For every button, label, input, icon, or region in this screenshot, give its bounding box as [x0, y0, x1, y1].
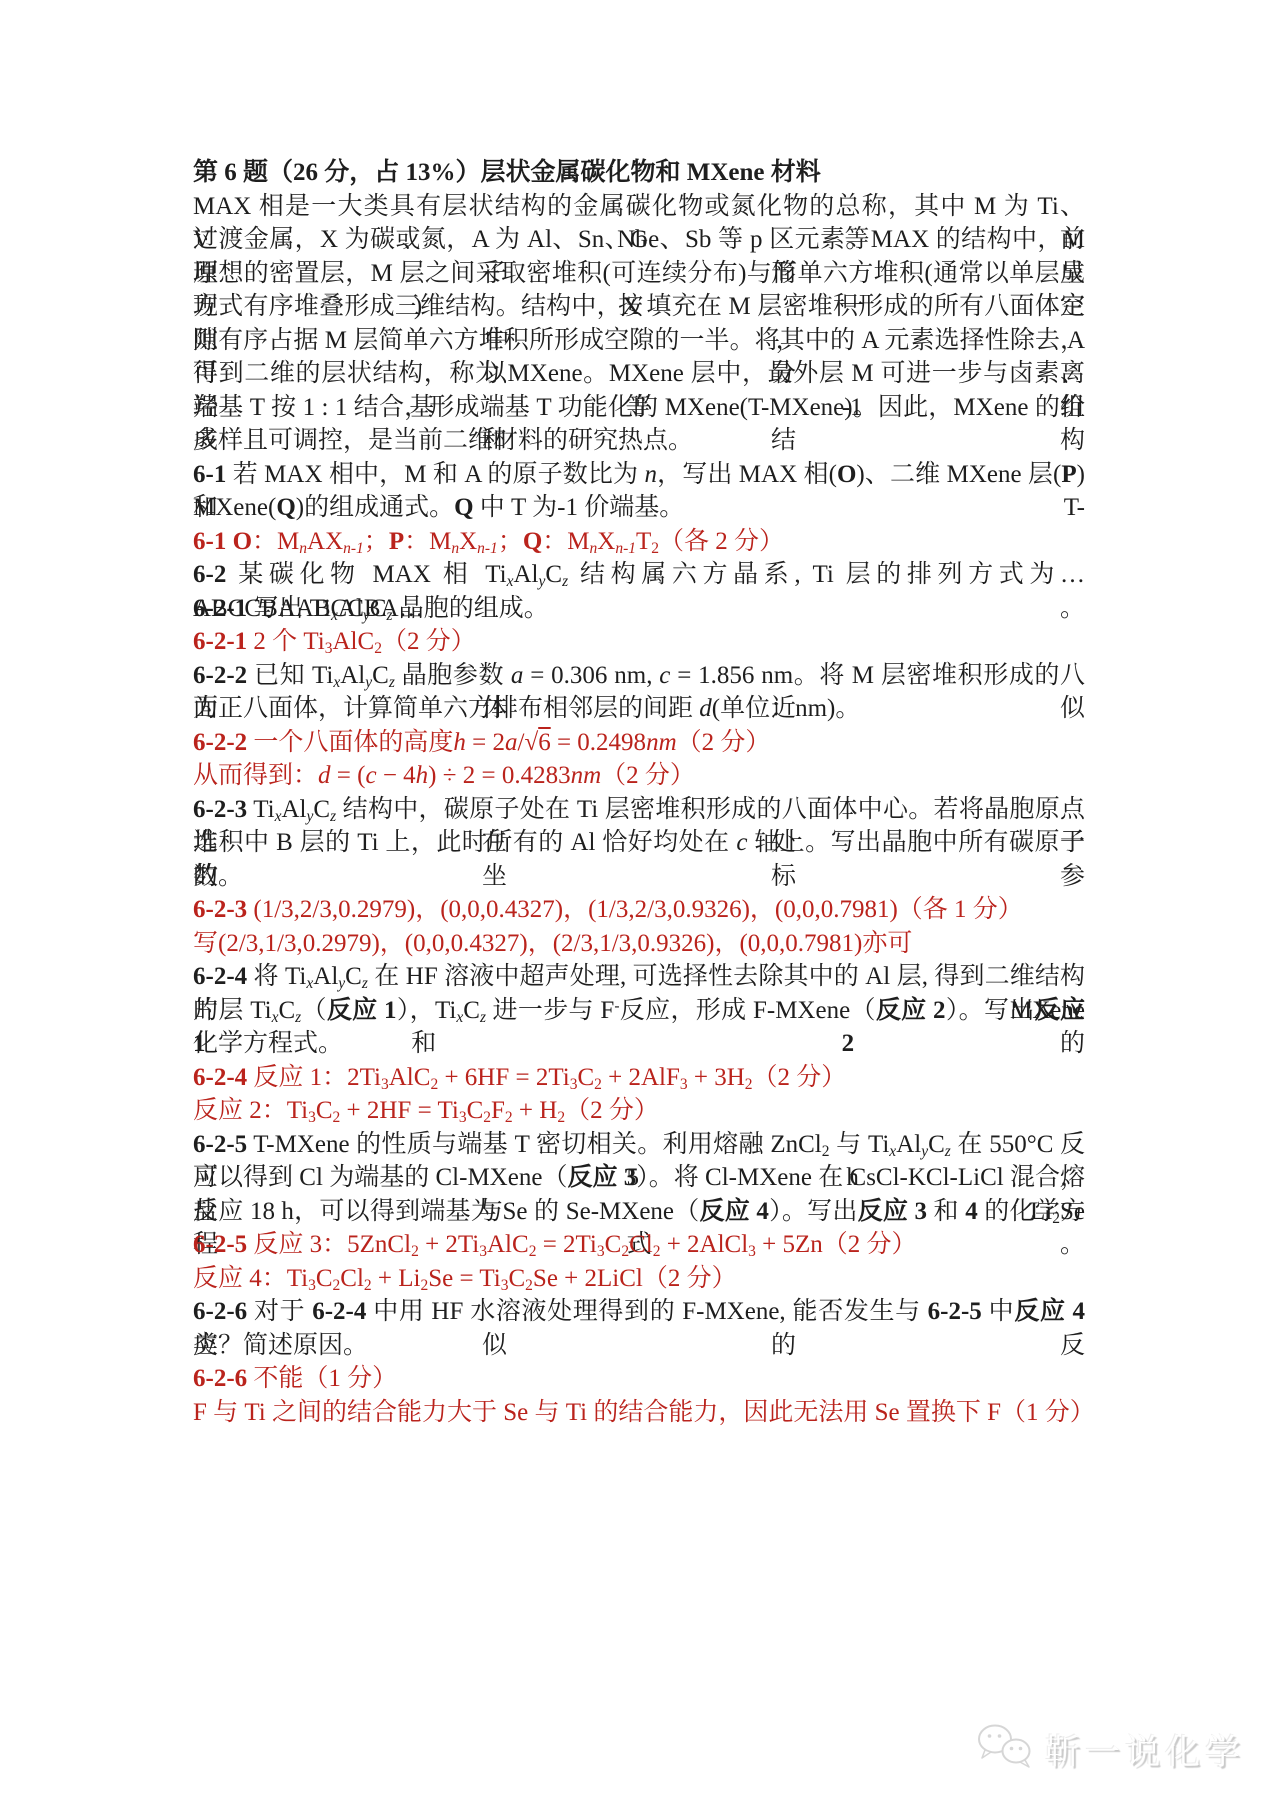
doc-text-segment: 化学方程式。 — [193, 1030, 343, 1057]
doc-text-segment: C — [605, 1231, 622, 1258]
doc-text-segment: + 2HF = Ti — [340, 1097, 459, 1124]
doc-text-segment: 2 — [594, 1075, 602, 1092]
doc-text-segment: n — [644, 461, 657, 488]
doc-text-segment: 6-2-2 — [193, 729, 247, 756]
doc-text-segment: 中 — [982, 1298, 1015, 1325]
doc-line: 6-2 某碳化物 MAX 相 TixAlyCz 结构属六方晶系, Ti 层的排列… — [193, 558, 1085, 592]
doc-text-segment: nm — [646, 729, 677, 756]
doc-line: 得到二维的层状结构，称为 MXene。MXene 层中，最外层 M 可进一步与卤… — [193, 357, 1085, 391]
doc-text-segment: Se + 2LiCl（2 分） — [533, 1265, 737, 1292]
doc-text-segment: 反应，形成 F-MXene（ — [619, 997, 875, 1024]
doc-line: 反应 18 h，可以得到端基为 Se 的 Se-MXene（反应 4）。写出反应… — [193, 1195, 1085, 1229]
doc-text-segment: Ti — [247, 796, 274, 823]
doc-line: MAX 相是一大类具有层状结构的金属碳化物或氮化物的总称，其中 M 为 Ti、V… — [193, 190, 1085, 224]
doc-text-segment: = ( — [331, 762, 366, 789]
watermark: 靳一说化学 — [975, 1722, 1245, 1777]
doc-line: 6-1 若 MAX 相中，M 和 A 的原子数比为 n，写出 MAX 相(O)、… — [193, 458, 1085, 492]
doc-text-segment: − 4 — [377, 762, 416, 789]
doc-line: 6-2-2 一个八面体的高度h = 2a/√6 = 0.2498nm（2 分） — [193, 726, 1085, 760]
doc-text-segment: 反应 4 — [1014, 1298, 1085, 1325]
doc-text-segment: n-1 — [615, 539, 636, 556]
doc-line: 6-2-2 已知 TixAlyCz 晶胞参数 a = 0.306 nm, c =… — [193, 659, 1085, 693]
doc-text-segment: 将 Ti — [247, 963, 306, 990]
doc-text-segment: nm — [571, 762, 602, 789]
doc-text-segment: n — [451, 539, 459, 556]
doc-text-segment: 6-2-5 — [193, 1231, 247, 1258]
doc-text-segment: 第 6 题（26 分，占 13%）层状金属碳化物和 MXene 材料 — [193, 159, 821, 186]
doc-line: 反应 2：Ti3C2 + 2HF = Ti3C2F2 + H2（2 分） — [193, 1094, 1085, 1128]
doc-line: 6-1 O：MnAXn-1；P：MnXn-1；Q：MnXn-1T2（各 2 分） — [193, 525, 1085, 559]
doc-text-segment: 堆积中 B 层的 Ti 上，此时所有的 Al 恰好均处在 — [193, 829, 736, 856]
doc-text-segment: 反应 4：Ti — [193, 1265, 308, 1292]
doc-text-segment: 2 — [842, 1030, 855, 1057]
doc-text-segment: C — [313, 796, 330, 823]
doc-text-segment: T-MXene 的性质与端基 T 密切相关。利用熔融 ZnCl — [247, 1131, 822, 1158]
doc-text-segment: n-1 — [477, 539, 498, 556]
doc-text-segment: 3 — [748, 1243, 756, 1260]
doc-text-segment: 6-2-1 — [193, 595, 247, 622]
doc-text-segment: 反应 1 — [327, 997, 397, 1024]
doc-line: 6-2-5 T-MXene 的性质与端基 T 密切相关。利用熔融 ZnCl2 与… — [193, 1128, 1085, 1162]
doc-text-segment: 2 — [411, 1243, 419, 1260]
doc-text-segment: C — [278, 997, 295, 1024]
doc-text-segment: = 2Ti — [536, 1231, 596, 1258]
doc-text-segment: 已知 Ti — [247, 662, 333, 689]
doc-line: 6-2-4 反应 1：2Ti3AlC2 + 6HF = 2Ti3C2 + 2Al… — [193, 1061, 1085, 1095]
doc-text-segment: 反应 3 — [567, 1164, 636, 1191]
doc-text-segment: Al — [338, 595, 363, 622]
doc-text-segment: ：M — [542, 528, 589, 555]
doc-text-segment: 和 — [927, 1198, 965, 1225]
doc-text-segment: = 2 — [466, 729, 505, 756]
doc-text-segment: 6-2-4 — [193, 963, 247, 990]
doc-text-segment: C — [316, 1265, 333, 1292]
doc-text-segment: （2 分） — [753, 1064, 847, 1091]
doc-text-segment: 晶胞的组成。 — [393, 595, 549, 622]
doc-text-segment: + H — [513, 1097, 558, 1124]
doc-text-segment: P — [1061, 461, 1076, 488]
doc-text-segment: P — [389, 528, 404, 555]
doc-text-segment: 6-2-4 — [193, 1064, 247, 1091]
doc-text-segment: 2 — [525, 1276, 533, 1293]
doc-text-segment: 6-2-4 — [312, 1298, 366, 1325]
doc-text-segment: AlC — [487, 1231, 529, 1258]
doc-text-segment: 4 — [965, 1198, 978, 1225]
doc-text-segment: 6-2-6 — [193, 1298, 247, 1325]
doc-text-segment: 2 — [505, 1109, 513, 1126]
doc-text-segment: MXene( — [193, 494, 276, 521]
doc-text-segment: 与 Ti — [830, 1131, 890, 1158]
doc-text-segment: c — [736, 829, 747, 856]
doc-text-segment: AlC — [333, 628, 375, 655]
doc-text-segment: 3 — [479, 1243, 487, 1260]
doc-text-segment: （2 分） — [677, 729, 771, 756]
doc-text-segment: （各 2 分） — [659, 528, 784, 555]
doc-text-segment: 2 — [651, 539, 659, 556]
doc-line: 理想的密置层，M 层之间采取密堆积(可连续分布)与简单六方堆积(通常以单层呈现)… — [193, 257, 1085, 291]
doc-text-segment: 3 — [680, 1075, 688, 1092]
doc-text-segment: 2 — [621, 1243, 629, 1260]
doc-text-segment: C — [545, 561, 562, 588]
doc-text-segment: 反应 2：Ti — [193, 1097, 308, 1124]
doc-text-segment: 从而得到： — [193, 762, 318, 789]
doc-text-segment: 反应 4 — [699, 1198, 768, 1225]
doc-text-segment: 应？简述原因。 — [193, 1332, 368, 1359]
doc-text-segment: c — [659, 662, 670, 689]
doc-text-segment: 中用 HF 水溶液处理得到的 F-MXene, 能否发生与 — [366, 1298, 927, 1325]
doc-text-segment: 不能（1 分） — [247, 1365, 397, 1392]
doc-text-segment: 6-2-1 — [193, 628, 247, 655]
doc-text-segment: 2 — [557, 1109, 565, 1126]
doc-text-segment: (1/3,2/3,0.2979)，(0,0,0.4327)，(1/3,2/3,0… — [247, 896, 1023, 923]
doc-line: 过渡金属，X 为碳或氮，A 为 Al、Sn、Ge、Sb 等 p 区元素。MAX … — [193, 223, 1085, 257]
doc-text-segment: C — [370, 595, 387, 622]
doc-text-segment: ，写出 MAX 相( — [657, 461, 837, 488]
doc-text-segment: 数。 — [193, 863, 243, 890]
doc-text-segment: C — [928, 1131, 945, 1158]
doc-line: 6-2-1 2 个 Ti3AlC2（2 分） — [193, 625, 1085, 659]
doc-text-segment: /√ — [518, 729, 539, 756]
doc-text-segment: F 与 Ti 之间的结合能力大于 Se 与 Ti 的结合能力，因此无法用 Se … — [193, 1399, 1095, 1426]
doc-line: 则有序占据 M 层简单六方堆积所形成空隙的一半。将其中的 A 元素选择性除去，可… — [193, 324, 1085, 358]
doc-line: 6-2-6 对于 6-2-4 中用 HF 水溶液处理得到的 F-MXene, 能… — [193, 1295, 1085, 1329]
doc-text-segment: C — [345, 963, 362, 990]
doc-text-segment: 反应 1：2Ti — [247, 1064, 381, 1091]
doc-text-segment: ：M — [404, 528, 451, 555]
doc-text-segment: Al — [281, 796, 306, 823]
doc-text-segment: ：M — [252, 528, 299, 555]
doc-text-segment: 2 — [374, 640, 382, 657]
doc-text-segment: ； — [364, 528, 389, 555]
watermark-label: 靳一说化学 — [1045, 1725, 1245, 1775]
doc-text-segment: n-1 — [343, 539, 364, 556]
doc-text-segment: 多样且可调控，是当前二维材料的研究热点。 — [193, 427, 693, 454]
doc-text-segment: 3 — [459, 1109, 467, 1126]
doc-text-segment: 反应 3 — [858, 1198, 927, 1225]
doc-text-segment: 6-2-5 — [928, 1298, 982, 1325]
doc-text-segment: Q — [454, 494, 473, 521]
doc-text-segment: 反应 2 — [876, 997, 946, 1024]
doc-text-segment: + Li — [372, 1265, 421, 1292]
doc-text-segment: 3 — [308, 1276, 316, 1293]
doc-text-segment: Al — [313, 963, 338, 990]
doc-text-segment: （ — [301, 997, 327, 1024]
doc-text-segment: = 0.2498 — [551, 729, 646, 756]
doc-line: 6-2-3 (1/3,2/3,0.2979)，(0,0,0.4327)，(1/3… — [193, 893, 1085, 927]
doc-text-segment: C — [508, 1265, 525, 1292]
doc-text-segment: 2 — [364, 1276, 372, 1293]
doc-line: F 与 Ti 之间的结合能力大于 Se 与 Ti 的结合能力，因此无法用 Se … — [193, 1396, 1085, 1430]
doc-text-segment: ），Ti — [397, 997, 457, 1024]
doc-text-segment: 某碳化物 MAX 相 Ti — [226, 561, 506, 588]
doc-text-segment: x — [331, 606, 338, 623]
doc-line: 堆积中 B 层的 Ti 上，此时所有的 Al 恰好均处在 c 轴上。写出晶胞中所… — [193, 826, 1085, 860]
doc-text-segment: d — [318, 762, 331, 789]
doc-line: 第 6 题（26 分，占 13%）层状金属碳化物和 MXene 材料 — [193, 156, 1085, 190]
doc-text-segment: + 6HF = 2Ti — [438, 1064, 570, 1091]
doc-line: 方式有序堆叠形成三维结构。结构中，X 填充在 M 层密堆积形成的所有八面体空隙中… — [193, 290, 1085, 324]
doc-text-segment: C — [463, 997, 480, 1024]
doc-text-segment: Cl — [629, 1231, 653, 1258]
doc-text-segment: 6 — [538, 729, 551, 756]
doc-text-segment: + 2Ti — [419, 1231, 479, 1258]
doc-line: 6-2-3 TixAlyCz 结构中，碳原子处在 Ti 层密堆积形成的八面体中心… — [193, 793, 1085, 827]
doc-text-segment: d — [699, 695, 712, 722]
doc-text-segment: 可以得到 Cl 为端基的 Cl-MXene（ — [193, 1164, 567, 1191]
doc-line: 可以得到 Cl 为端基的 Cl-MXene（反应 3）。将 Cl-MXene 在… — [193, 1161, 1085, 1195]
doc-text-segment: C — [467, 1097, 484, 1124]
doc-text-segment: + 2AlCl — [660, 1231, 748, 1258]
doc-text-segment: 6-2-5 — [193, 1131, 247, 1158]
doc-text-segment: Al — [513, 561, 538, 588]
doc-text-segment: 6-1 — [193, 528, 233, 555]
doc-text-segment: 对于 — [247, 1298, 312, 1325]
doc-text-segment: （2 分） — [565, 1097, 659, 1124]
doc-text-segment: C — [577, 1064, 594, 1091]
doc-text-segment: c — [365, 762, 376, 789]
doc-text-segment: Al — [340, 662, 365, 689]
doc-text-segment: 3 — [308, 1109, 316, 1126]
doc-text-segment: X — [459, 528, 477, 555]
doc-text-segment: + 3H — [688, 1064, 745, 1091]
doc-text-segment: 反应 3：5ZnCl — [247, 1231, 411, 1258]
doc-text-segment: h — [416, 762, 429, 789]
doc-text-segment: ）。写出 — [946, 997, 1035, 1024]
doc-text-segment: h — [453, 729, 466, 756]
doc-text-segment: 进一步与 F — [486, 997, 614, 1024]
doc-text-segment: 2 个 Ti — [247, 628, 325, 655]
doc-text-segment: 写出 Ti — [247, 595, 331, 622]
doc-text-segment: 的 — [854, 1030, 1085, 1057]
doc-text-segment: 6-2-2 — [193, 662, 247, 689]
doc-text-segment: 2 — [483, 1109, 491, 1126]
doc-text-segment: 2 — [822, 1142, 830, 1159]
doc-text-segment: 3 — [597, 1243, 605, 1260]
doc-line: 从而得到：d = (c − 4h) ÷ 2 = 0.4283nm（2 分） — [193, 759, 1085, 793]
doc-text-segment: Q — [523, 528, 542, 555]
doc-text-segment: 晶胞参数 — [395, 662, 511, 689]
doc-text-segment: Se = Ti — [428, 1265, 501, 1292]
doc-text-segment: )、二维 MXene 层( — [856, 461, 1061, 488]
doc-text-segment: C — [372, 662, 389, 689]
doc-text-segment: 3 — [381, 1075, 389, 1092]
doc-text-segment: C — [316, 1097, 333, 1124]
doc-text-segment: n — [299, 539, 307, 556]
doc-text-segment: 6-1 — [193, 461, 226, 488]
doc-text-segment: ）。写出 — [769, 1198, 858, 1225]
doc-text-segment: 6-2-3 — [193, 896, 247, 923]
doc-text-segment: X — [597, 528, 615, 555]
doc-text-segment: Cl — [340, 1265, 364, 1292]
doc-text-segment: + 2AlF — [602, 1064, 680, 1091]
doc-text-segment: a — [511, 662, 524, 689]
doc-text-segment: （2 分） — [382, 628, 476, 655]
doc-line: 端基 T 按 1 : 1 结合，形成端基 T 功能化的 MXene(T-MXen… — [193, 391, 1085, 425]
doc-text-segment: 2 — [745, 1075, 753, 1092]
doc-text-segment: 一个八面体的高度 — [247, 729, 453, 756]
doc-text-segment: 6-2 — [193, 561, 226, 588]
doc-text-segment: y — [363, 606, 370, 623]
doc-text-segment: T — [636, 528, 651, 555]
doc-text-segment: 3 — [325, 640, 333, 657]
doc-text-segment: Al — [896, 1131, 921, 1158]
doc-text-segment: + 5Zn（2 分） — [756, 1231, 917, 1258]
doc-line: 6-2-4 将 TixAlyCz 在 HF 溶液中超声处理, 可选择性去除其中的… — [193, 960, 1085, 994]
doc-text-segment: )的组成通式。 — [296, 494, 454, 521]
doc-line: 写(2/3,1/3,0.2979)，(0,0,0.4327)，(2/3,1/3,… — [193, 927, 1085, 961]
doc-text-segment: 片层 Ti — [193, 997, 272, 1024]
doc-text-segment: 6-2-6 — [193, 1365, 247, 1392]
doc-text-segment: = 0.306 nm, — [523, 662, 659, 689]
wechat-bubbles-icon — [975, 1722, 1035, 1777]
doc-text-segment: Q — [276, 494, 295, 521]
doc-text-segment: 6-2-3 — [193, 796, 247, 823]
doc-text-segment: AlC — [389, 1064, 431, 1091]
doc-text-segment: 中 T 为-1 价端基。 — [474, 494, 685, 521]
doc-text-segment: AX — [307, 528, 343, 555]
doc-line: 片层 TixCz（反应 1），TixCz 进一步与 F-反应，形成 F-MXen… — [193, 994, 1085, 1028]
doc-text-segment: a — [505, 729, 518, 756]
doc-text-segment: ) ÷ 2 = 0.4283 — [428, 762, 570, 789]
doc-line: 反应 4：Ti3C2Cl2 + Li2Se = Ti3C2Se + 2LiCl（… — [193, 1262, 1085, 1296]
doc-text-segment: 为正八面体，计算简单六方排布相邻层的间距 — [193, 695, 699, 722]
doc-text-segment: ； — [498, 528, 523, 555]
exam-document: 第 6 题（26 分，占 13%）层状金属碳化物和 MXene 材料MAX 相是… — [193, 156, 1085, 1429]
doc-text-segment: （2 分） — [601, 762, 695, 789]
doc-text-segment: O — [837, 461, 856, 488]
doc-text-segment: 写(2/3,1/3,0.2979)，(0,0,0.4327)，(2/3,1/3,… — [193, 930, 912, 957]
doc-line: 6-2-6 不能（1 分） — [193, 1362, 1085, 1396]
doc-text-segment: (单位：nm)。 — [712, 695, 861, 722]
doc-text-segment: F — [491, 1097, 505, 1124]
doc-text-segment: 若 MAX 相中，M 和 A 的原子数比为 — [226, 461, 644, 488]
doc-text-segment: O — [233, 528, 252, 555]
doc-text-segment: 反应 18 h，可以得到端基为 Se 的 Se-MXene（ — [193, 1198, 699, 1225]
